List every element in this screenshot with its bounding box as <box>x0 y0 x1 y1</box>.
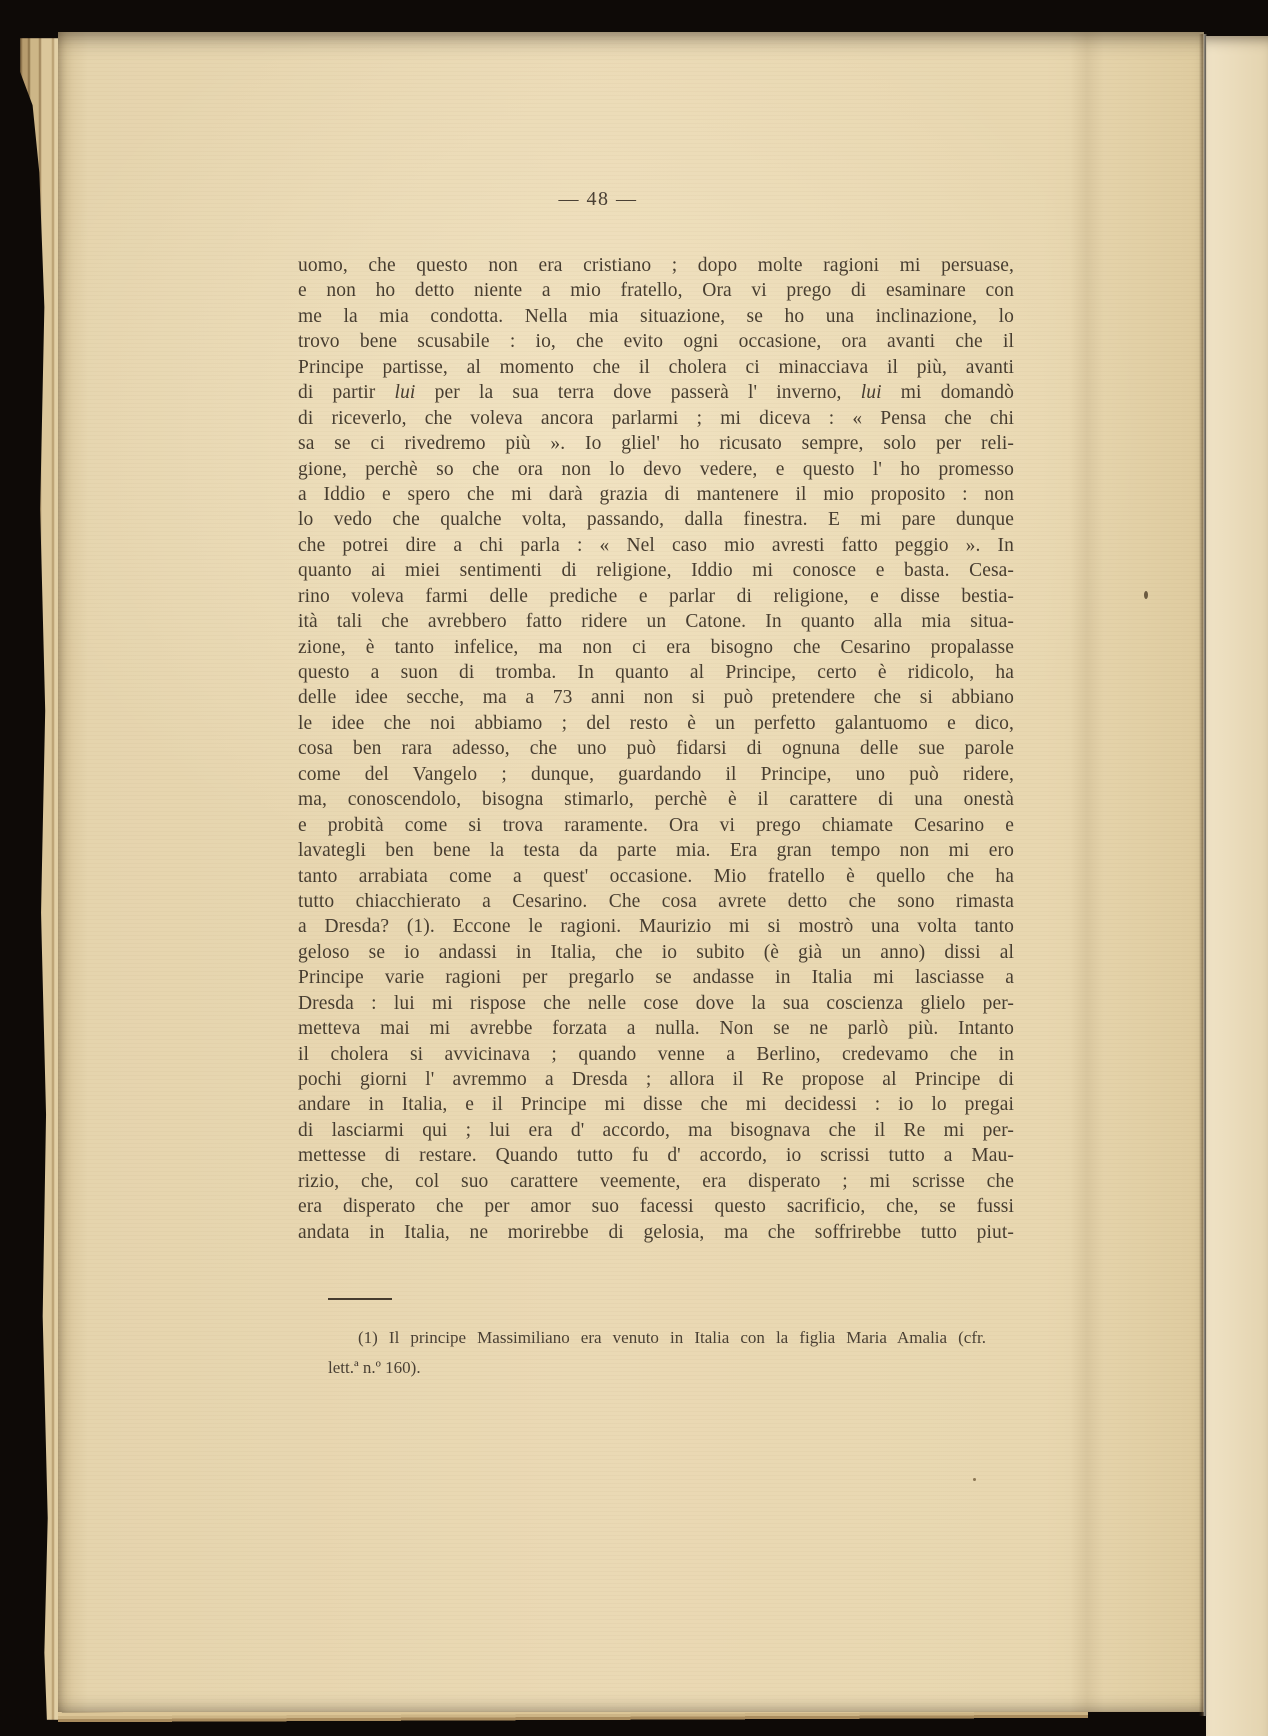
text-line: le idee che noi abbiamo ; del resto è un… <box>298 711 1014 736</box>
paper-speck <box>1144 591 1148 599</box>
text-line: ma, conoscendolo, bisogna stimarlo, perc… <box>298 787 1014 812</box>
text-line: quanto ai miei sentimenti di religione, … <box>298 558 1014 583</box>
footnote-line-1: (1) Il principe Massimiliano era venuto … <box>328 1323 986 1353</box>
text-line: il cholera si avvicinava ; quando venne … <box>298 1042 1014 1067</box>
text-line: tanto arrabiata come a quest' occasione.… <box>298 864 1014 889</box>
footnote-separator <box>328 1298 392 1300</box>
text-line: di lasciarmi qui ; lui era d' accordo, m… <box>298 1118 1014 1143</box>
text-line: delle idee secche, ma a 73 anni non si p… <box>298 685 1014 710</box>
scanned-book-photo: — 48 — uomo, che questo non era cristian… <box>0 0 1268 1736</box>
text-line: e probità come si trova raramente. Ora v… <box>298 813 1014 838</box>
text-line: questo a suon di tromba. In quanto al Pr… <box>298 660 1014 685</box>
footnote-line-2: lett.ª n.º 160). <box>328 1353 986 1383</box>
text-line: lavategli ben bene la testa da parte mia… <box>298 838 1014 863</box>
text-line: lo vedo che qualche volta, passando, dal… <box>298 507 1014 532</box>
text-line: rino voleva farmi delle prediche e parla… <box>298 584 1014 609</box>
page-bend-shadow <box>1070 32 1104 1712</box>
text-line: sa se ci rivedremo più ». Io gliel' ho r… <box>298 431 1014 456</box>
text-line: me la mia condotta. Nella mia situazione… <box>298 304 1014 329</box>
text-line: uomo, che questo non era cristiano ; dop… <box>298 253 1014 278</box>
text-line: rizio, che, col suo carattere veemente, … <box>298 1169 1014 1194</box>
text-line: ità tali che avrebbero fatto ridere un C… <box>298 609 1014 634</box>
page-number: — 48 — <box>478 188 718 211</box>
adjacent-page-edge <box>1206 36 1268 1736</box>
paper-speck <box>973 1478 976 1481</box>
text-line: Principe varie ragioni per pregarlo se a… <box>298 965 1014 990</box>
text-line: Principe partisse, al momento che il cho… <box>298 355 1014 380</box>
text-line: pochi giorni l' avremmo a Dresda ; allor… <box>298 1067 1014 1092</box>
text-line: di riceverlo, che voleva ancora parlarmi… <box>298 406 1014 431</box>
text-line: geloso se io andassi in Italia, che io s… <box>298 940 1014 965</box>
text-line: tutto chiacchierato a Cesarino. Che cosa… <box>298 889 1014 914</box>
text-line: a Dresda? (1). Eccone le ragioni. Mauriz… <box>298 914 1014 939</box>
text-line: trovo bene scusabile : io, che evito ogn… <box>298 329 1014 354</box>
text-line: Dresda : lui mi rispose che nelle cose d… <box>298 991 1014 1016</box>
text-line: metteva mai mi avrebbe forzata a nulla. … <box>298 1016 1014 1041</box>
text-line: cosa ben rara adesso, che uno può fidars… <box>298 736 1014 761</box>
page-crease <box>1199 34 1207 1716</box>
text-line: e non ho detto niente a mio fratello, Or… <box>298 278 1014 303</box>
text-line: di partir lui per la sua terra dove pass… <box>298 380 1014 405</box>
text-line: andare in Italia, e il Principe mi disse… <box>298 1092 1014 1117</box>
text-line: era disperato che per amor suo facessi q… <box>298 1194 1014 1219</box>
footnote: (1) Il principe Massimiliano era venuto … <box>328 1323 986 1383</box>
text-line: gione, perchè so che ora non lo devo ved… <box>298 457 1014 482</box>
text-line: a Iddio e spero che mi darà grazia di ma… <box>298 482 1014 507</box>
text-line: zione, è tanto infelice, ma non ci era b… <box>298 635 1014 660</box>
text-line: mettesse di restare. Quando tutto fu d' … <box>298 1143 1014 1168</box>
book-page: — 48 — uomo, che questo non era cristian… <box>58 32 1204 1712</box>
text-line: che potrei dire a chi parla : « Nel caso… <box>298 533 1014 558</box>
text-line: come del Vangelo ; dunque, guardando il … <box>298 762 1014 787</box>
book-fore-edge-pages <box>20 38 62 1720</box>
page-body-text: uomo, che questo non era cristiano ; dop… <box>298 253 1014 1245</box>
text-line: andata in Italia, ne morirebbe di gelosi… <box>298 1220 1014 1245</box>
